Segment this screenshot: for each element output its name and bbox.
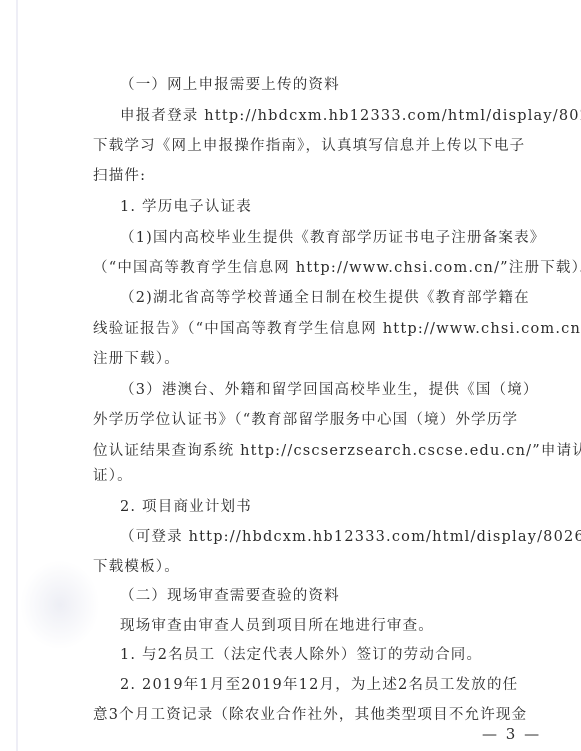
paragraph-line: 意3个月工资记录（除农业合作社外，其他类型项目不允许现金 xyxy=(93,705,527,725)
list-item-heading: 1. 学历电子认证表 xyxy=(120,197,252,217)
paragraph-line: 证）。 xyxy=(93,466,133,486)
paragraph-line: 申报者登录 http://hbdcxm.hb12333.com/html/dis… xyxy=(120,106,581,126)
paragraph-line: （2)湖北省高等学校普通全日制在校生提供《教育部学籍在 xyxy=(120,288,530,308)
paragraph-line: 下载模板）。 xyxy=(93,557,180,577)
section-heading-onsite-materials: （二）现场审查需要查验的资料 xyxy=(120,586,340,606)
list-item: 2. 2019年1月至2019年12月，为上述2名员工发放的任 xyxy=(120,675,518,695)
paragraph-line: 扫描件: xyxy=(93,166,146,186)
section-heading-online-materials: （一）网上申报需要上传的资料 xyxy=(120,75,340,95)
list-item: 1. 与2名员工（法定代表人除外）签订的劳动合同。 xyxy=(120,645,482,665)
paragraph-line: （“中国高等教育学生信息网 http://www.chsi.com.cn/”注册… xyxy=(93,258,581,278)
paragraph-line: （可登录 http://hbdcxm.hb12333.com/html/disp… xyxy=(120,527,581,547)
paragraph-line: （3）港澳台、外籍和留学回国高校毕业生，提供《国（境） xyxy=(120,380,539,400)
paragraph-line: 位认证结果查询系统 http://cscserzsearch.cscse.edu… xyxy=(93,441,581,461)
document-page: （一）网上申报需要上传的资料 申报者登录 http://hbdcxm.hb123… xyxy=(0,0,581,751)
list-item-heading: 2. 项目商业计划书 xyxy=(120,497,252,517)
paragraph-line: 外学历学位认证书》（“教育部留学服务中心国（境）外学历学 xyxy=(93,410,518,430)
page-number: — 3 — xyxy=(482,725,541,743)
paragraph-line: 线验证报告》（“中国高等教育学生信息网 http://www.chsi.com.… xyxy=(93,319,581,339)
paragraph-line: 现场审查由审查人员到项目所在地进行审查。 xyxy=(120,616,434,636)
paragraph-line: 下载学习《网上申报操作指南》，认真填写信息并上传以下电子 xyxy=(93,136,525,156)
paragraph-line: 注册下载）。 xyxy=(93,349,180,369)
paragraph-line: （1)国内高校毕业生提供《教育部学历证书电子注册备案表》 xyxy=(120,228,545,248)
